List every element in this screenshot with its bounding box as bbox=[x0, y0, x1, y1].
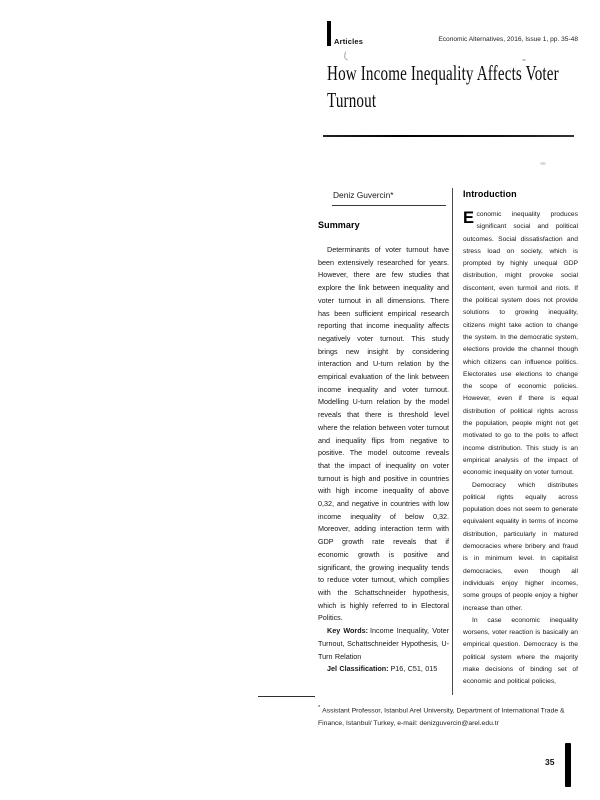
author-name: Deniz Guvercin* bbox=[333, 190, 394, 200]
footnote: *Assistant Professor, Istanbul Arel Univ… bbox=[318, 702, 579, 730]
footnote-marker: * bbox=[318, 705, 320, 711]
intro-paragraph-3: In case economic inequality worsens, vot… bbox=[463, 615, 578, 689]
summary-heading: Summary bbox=[318, 220, 449, 230]
author-rule bbox=[332, 205, 446, 206]
keywords-label: Key Words: bbox=[327, 626, 368, 635]
summary-paragraph: Determinants of voter turnout have been … bbox=[318, 244, 449, 625]
journal-reference: Economic Alternatives, 2016, Issue 1, pp… bbox=[378, 36, 578, 43]
article-title: How Income Inequality Affects Voter Turn… bbox=[327, 60, 559, 114]
keywords-paragraph: Key Words:Income Inequality, Voter Turno… bbox=[318, 625, 449, 663]
jel-paragraph: Jel Classification:P16, C51, 015 bbox=[318, 663, 449, 676]
section-label: Articles bbox=[334, 37, 363, 46]
scanned-paper-page: Articles Economic Alternatives, 2016, Is… bbox=[0, 0, 600, 800]
footnote-text: Assistant Professor, Istanbul Arel Unive… bbox=[318, 707, 565, 727]
introduction-column: Introduction Economic inequality produce… bbox=[463, 189, 578, 689]
drop-cap: E bbox=[463, 209, 477, 226]
summary-column: Summary Determinants of voter turnout ha… bbox=[318, 220, 449, 676]
intro-paragraph-2: Democracy which distributes political ri… bbox=[463, 480, 578, 615]
article-title-line1: How Income Inequality Affects Voter bbox=[327, 60, 559, 87]
intro-paragraph-1-text: conomic inequality produces significant … bbox=[463, 211, 578, 476]
column-divider bbox=[452, 188, 453, 695]
scan-artifact bbox=[522, 59, 526, 61]
intro-paragraph-1: Economic inequality produces significant… bbox=[463, 209, 578, 480]
page-number: 35 bbox=[545, 757, 554, 767]
scan-artifact bbox=[540, 162, 546, 165]
title-rule bbox=[323, 135, 574, 137]
articles-section-bar bbox=[327, 21, 331, 46]
article-title-line2: Turnout bbox=[327, 87, 559, 114]
jel-label: Jel Classification: bbox=[327, 664, 389, 673]
footnote-separator bbox=[258, 696, 315, 697]
introduction-heading: Introduction bbox=[463, 189, 578, 199]
page-edge-bar bbox=[565, 743, 571, 787]
jel-text: P16, C51, 015 bbox=[391, 664, 438, 673]
